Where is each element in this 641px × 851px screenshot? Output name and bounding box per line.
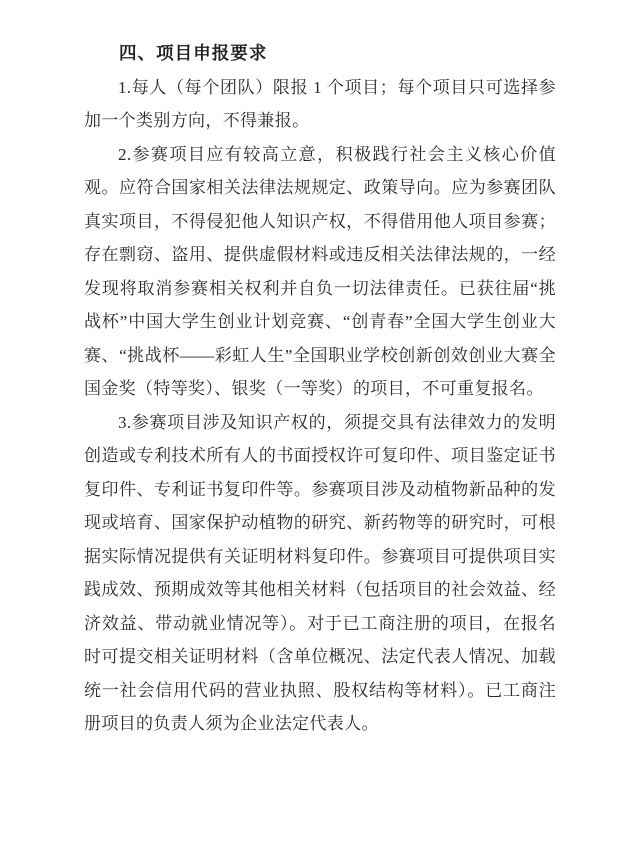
paragraph-3: 3.参赛项目涉及知识产权的，须提交具有法律效力的发明创造或专利技术所有人的书面授…: [84, 406, 556, 741]
paragraph-2: 2.参赛项目应有较高立意，积极践行社会主义核心价值观。应符合国家相关法律法规规定…: [84, 138, 556, 406]
document-page: 四、项目申报要求 1.每人（每个团队）限报 1 个项目；每个项目只可选择参加一个…: [0, 0, 641, 851]
section-heading: 四、项目申报要求: [84, 37, 556, 71]
paragraph-1: 1.每人（每个团队）限报 1 个项目；每个项目只可选择参加一个类别方向，不得兼报…: [84, 71, 556, 138]
